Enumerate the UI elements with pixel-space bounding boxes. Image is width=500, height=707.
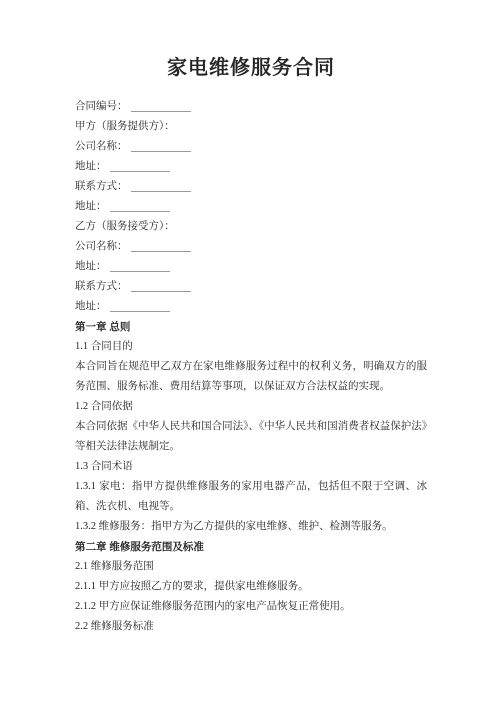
field-blank-line — [131, 98, 191, 112]
field-blank-line — [110, 158, 170, 172]
field-label: 地址： — [75, 161, 107, 172]
paragraph: 2.1.2 甲方应保证维修服务范围内的家电产品恢复正常使用。 — [75, 597, 427, 617]
section-heading: 1.2 合同依据 — [75, 397, 427, 417]
field-line: 公司名称： — [75, 237, 427, 257]
paragraph: 本合同旨在规范甲乙双方在家电维修服务过程中的权利义务，明确双方的服务范围、服务标… — [75, 357, 427, 397]
paragraph: 1.3.1 家电：指甲方提供维修服务的家用电器产品，包括但不限于空调、冰箱、洗衣… — [75, 477, 427, 517]
field-blank-line — [110, 298, 170, 312]
field-line: 地址： — [75, 197, 427, 217]
field-label: 联系方式： — [75, 181, 128, 192]
section-heading: 2.1 维修服务范围 — [75, 557, 427, 577]
section-heading: 1.1 合同目的 — [75, 337, 427, 357]
contract-document-page: 家电维修服务合同 合同编号：甲方（服务提供方）：公司名称：地址：联系方式：地址：… — [0, 0, 500, 707]
field-line: 地址： — [75, 157, 427, 177]
field-blank-line — [131, 238, 191, 252]
paragraph: 本合同依据《中华人民共和国合同法》、《中华人民共和国消费者权益保护法》等相关法律… — [75, 417, 427, 457]
field-label: 甲方（服务提供方）： — [75, 121, 175, 132]
field-label: 合同编号： — [75, 101, 128, 112]
field-label: 公司名称： — [75, 141, 128, 152]
contract-body: 第一章 总则1.1 合同目的本合同旨在规范甲乙双方在家电维修服务过程中的权利义务… — [75, 317, 427, 637]
field-line: 地址： — [75, 257, 427, 277]
field-label: 地址： — [75, 261, 107, 272]
field-line: 地址： — [75, 297, 427, 317]
section-heading: 2.2 维修服务标准 — [75, 617, 427, 637]
field-blank-line — [110, 258, 170, 272]
field-blank-line — [131, 178, 191, 192]
field-line: 合同编号： — [75, 97, 427, 117]
field-label: 公司名称： — [75, 241, 128, 252]
field-label: 乙方（服务接受方）： — [75, 221, 175, 232]
field-line: 乙方（服务接受方）： — [75, 217, 427, 237]
field-line: 公司名称： — [75, 137, 427, 157]
field-label: 联系方式： — [75, 281, 128, 292]
field-line: 甲方（服务提供方）： — [75, 117, 427, 137]
field-label: 地址： — [75, 301, 107, 312]
field-line: 联系方式： — [75, 177, 427, 197]
document-title: 家电维修服务合同 — [75, 54, 427, 82]
field-blank-line — [110, 198, 170, 212]
chapter-heading: 第二章 维修服务范围及标准 — [75, 537, 427, 557]
section-heading: 1.3 合同术语 — [75, 457, 427, 477]
field-label: 地址： — [75, 201, 107, 212]
paragraph: 1.3.2 维修服务：指甲方为乙方提供的家电维修、维护、检测等服务。 — [75, 517, 427, 537]
header-fields: 合同编号：甲方（服务提供方）：公司名称：地址：联系方式：地址：乙方（服务接受方）… — [75, 97, 427, 317]
field-line: 联系方式： — [75, 277, 427, 297]
field-blank-line — [131, 278, 191, 292]
paragraph: 2.1.1 甲方应按照乙方的要求，提供家电维修服务。 — [75, 577, 427, 597]
field-blank-line — [131, 138, 191, 152]
chapter-heading: 第一章 总则 — [75, 317, 427, 337]
